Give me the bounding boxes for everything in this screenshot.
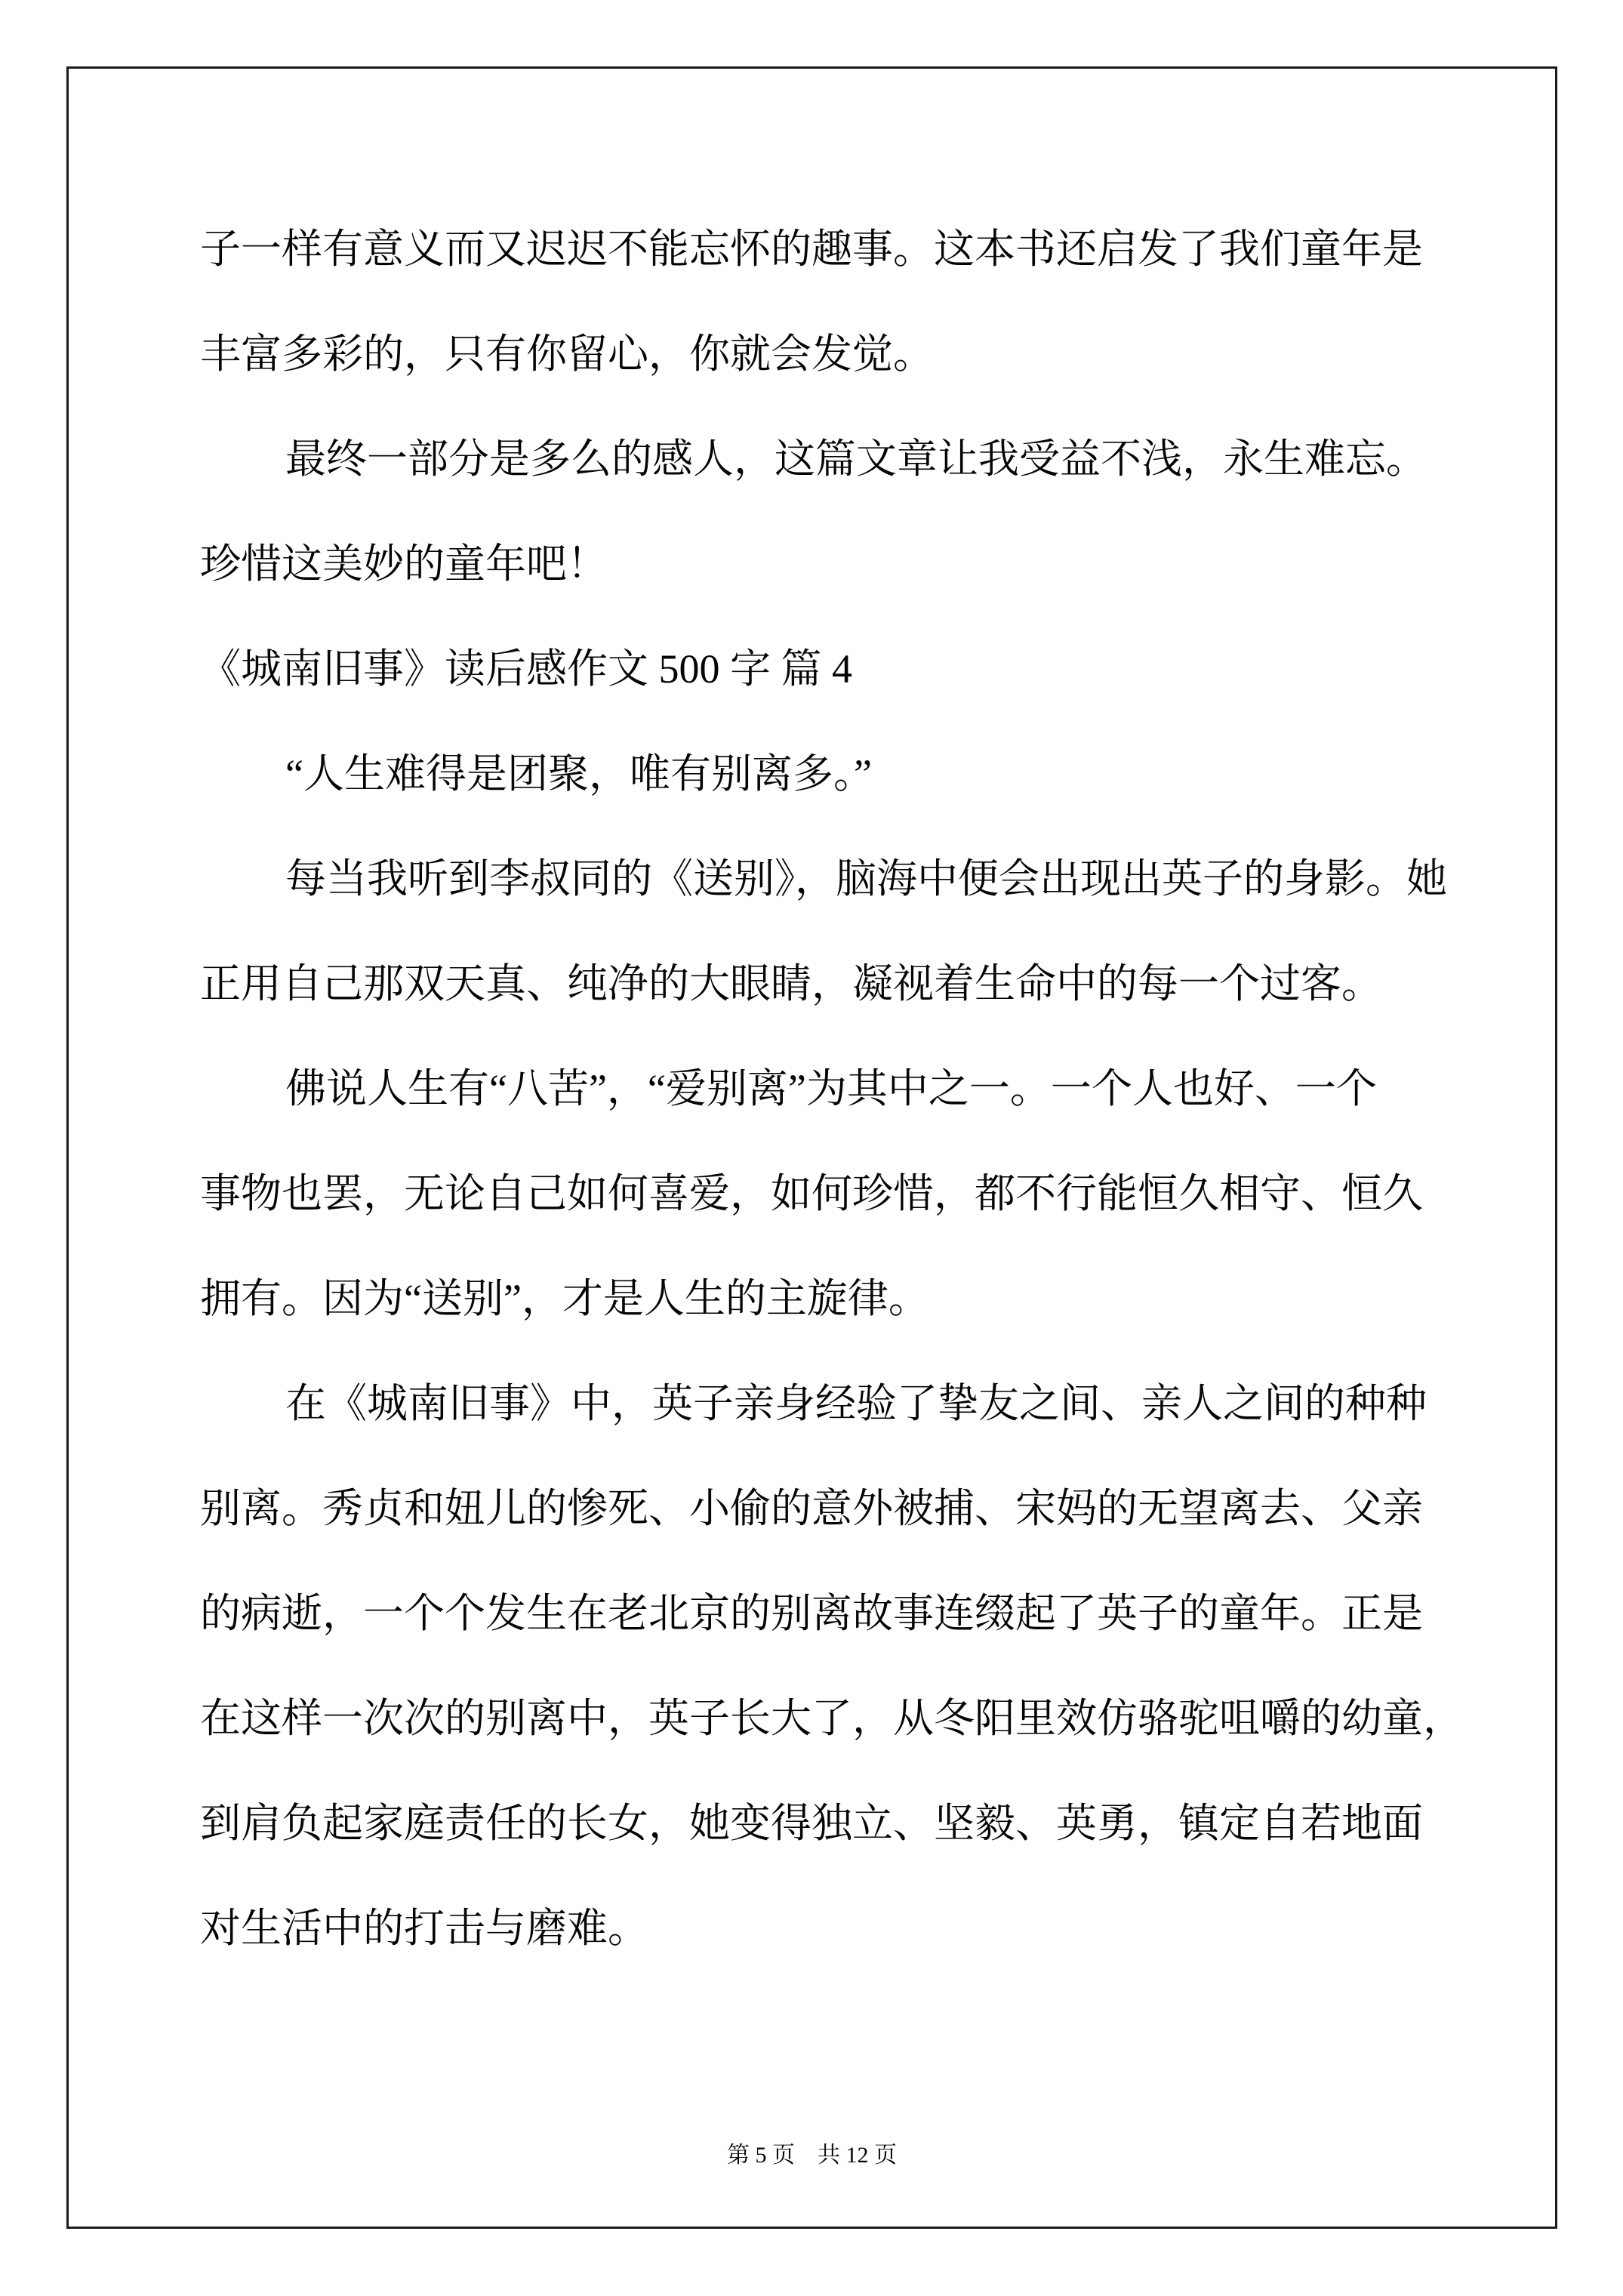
text-line: 《城南旧事》读后感作文 500 字 篇 4: [200, 617, 1423, 722]
text-line: 每当我听到李叔同的《送别》，脑海中便会出现出英子的身影。她: [200, 827, 1423, 932]
text-line: 丰富多彩的，只有你留心，你就会发觉。: [200, 302, 1423, 407]
page-number-label: 第 5 页 共 12 页: [727, 2143, 897, 2168]
page-border-frame: 子一样有意义而又迟迟不能忘怀的趣事。这本书还启发了我们童年是丰富多彩的，只有你留…: [66, 66, 1557, 2229]
text-line: 到肩负起家庭责任的长女，她变得独立、坚毅、英勇，镇定自若地面: [200, 1771, 1423, 1876]
text-line: 珍惜这美妙的童年吧！: [200, 512, 1423, 617]
text-line: 的病逝，一个个发生在老北京的别离故事连缀起了英子的童年。正是: [200, 1561, 1423, 1666]
text-line: 在这样一次次的别离中，英子长大了，从冬阳里效仿骆驼咀嚼的幼童，: [200, 1666, 1423, 1771]
text-line: 最终一部分是多么的感人，这篇文章让我受益不浅，永生难忘。: [200, 407, 1423, 512]
text-line: 拥有。因为“送别”，才是人生的主旋律。: [200, 1247, 1423, 1351]
text-line: 别离。秀贞和妞儿的惨死、小偷的意外被捕、宋妈的无望离去、父亲: [200, 1456, 1423, 1561]
text-line: 子一样有意义而又迟迟不能忘怀的趣事。这本书还启发了我们童年是: [200, 197, 1423, 302]
text-line: “人生难得是团聚，唯有别离多。”: [200, 722, 1423, 827]
text-line: 正用自己那双天真、纯净的大眼睛，凝视着生命中的每一个过客。: [200, 932, 1423, 1037]
page-footer: 第 5 页 共 12 页: [69, 2139, 1555, 2172]
text-line: 在《城南旧事》中，英子亲身经验了挚友之间、亲人之间的种种: [200, 1351, 1423, 1456]
document-page: 子一样有意义而又迟迟不能忘怀的趣事。这本书还启发了我们童年是丰富多彩的，只有你留…: [0, 0, 1623, 2296]
text-line: 事物也罢，无论自己如何喜爱，如何珍惜，都不行能恒久相守、恒久: [200, 1142, 1423, 1247]
text-line: 佛说人生有“八苦”，“爱别离”为其中之一。一个人也好、一个: [200, 1037, 1423, 1142]
text-line: 对生活中的打击与磨难。: [200, 1876, 1423, 1981]
essay-text-block: 子一样有意义而又迟迟不能忘怀的趣事。这本书还启发了我们童年是丰富多彩的，只有你留…: [200, 197, 1423, 1981]
